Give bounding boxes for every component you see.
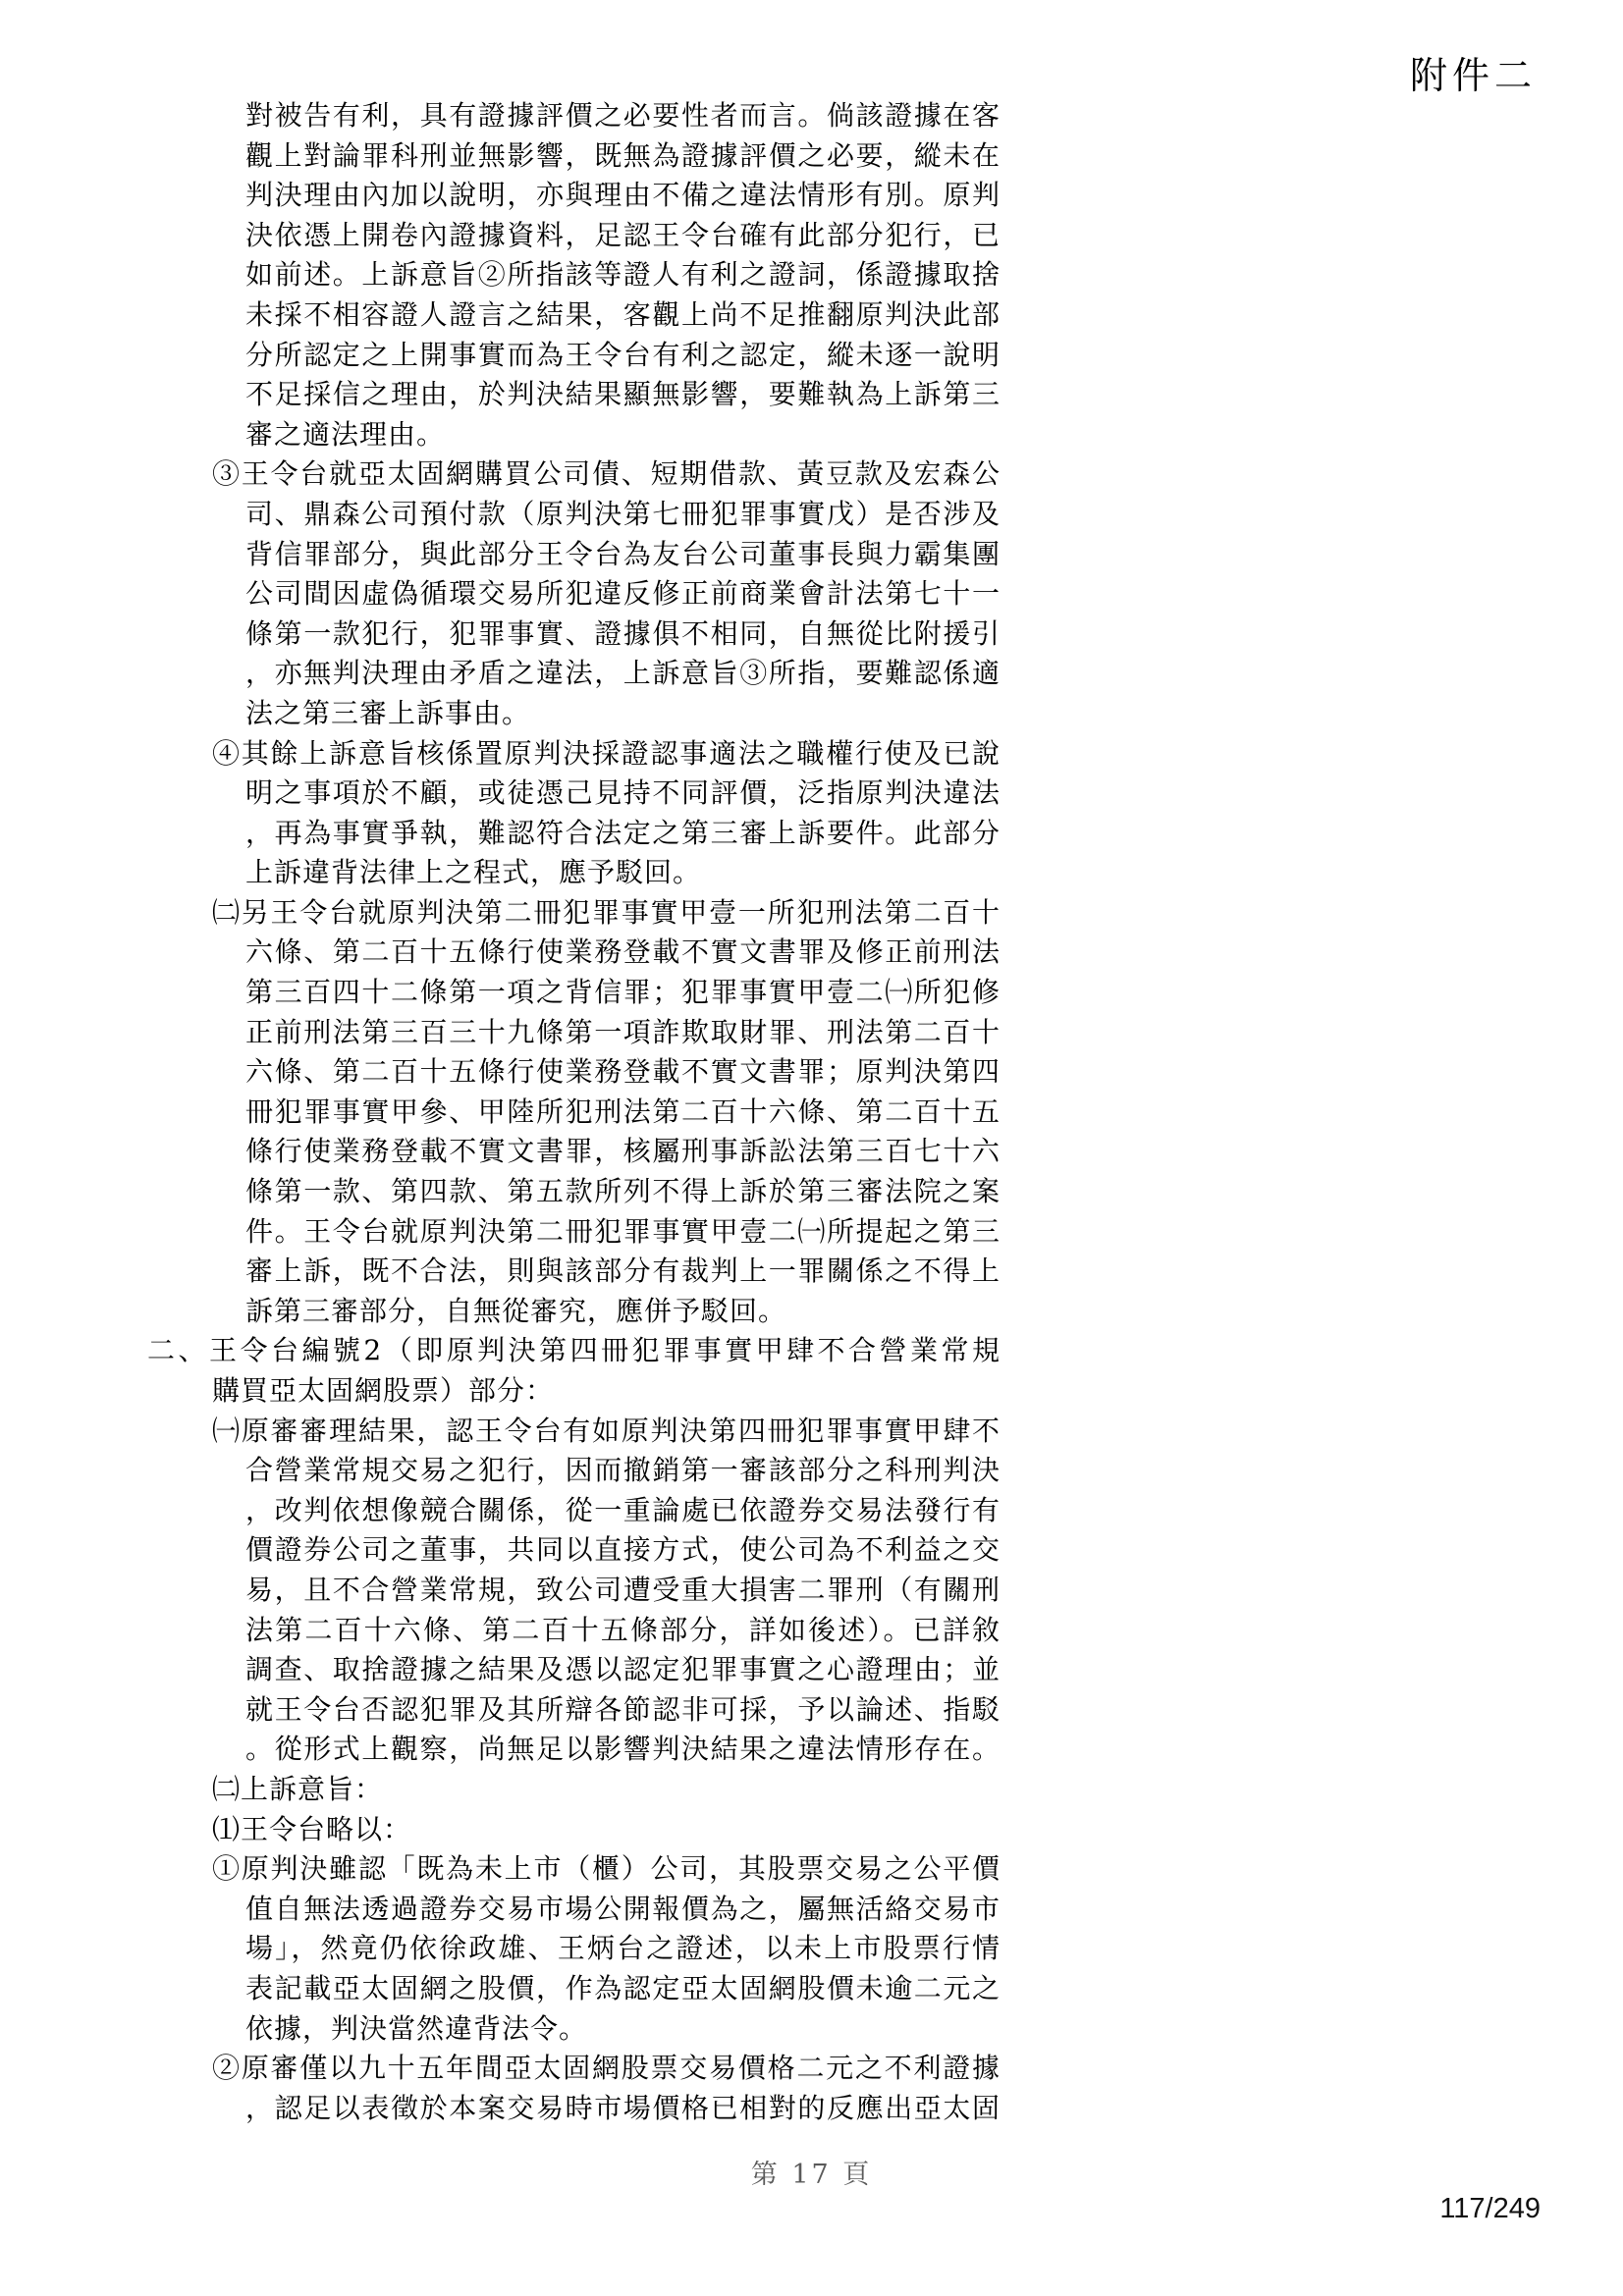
text-line: ②原審僅以九十五年間亞太固網股票交易價格二元之不利證據 (147, 2049, 1000, 2089)
text-line: ㈡另王令台就原判決第二冊犯罪事實甲壹一所犯刑法第二百十 (147, 893, 1000, 934)
text-line: 價證券公司之董事，共同以直接方式，使公司為不利益之交 (147, 1530, 1000, 1571)
text-line: 審上訴，既不合法，則與該部分有裁判上一罪關係之不得上 (147, 1252, 1000, 1292)
text-line: 正前刑法第三百三十九條第一項詐欺取財罪、刑法第二百十 (147, 1013, 1000, 1053)
text-line: 條第一款、第四款、第五款所列不得上訴於第三審法院之案 (147, 1172, 1000, 1212)
text-line: 合營業常規交易之犯行，因而撤銷第一審該部分之科刑判決 (147, 1451, 1000, 1491)
text-line: 明之事項於不顧，或徒憑己見持不同評價，泛指原判決違法 (147, 774, 1000, 814)
text-line: 決依憑上開卷內證據資料，足認王令台確有此部分犯行，已 (147, 216, 1000, 256)
text-line: 就王令台否認犯罪及其所辯各節認非可採，予以論述、指駁 (147, 1690, 1000, 1731)
text-line: 對被告有利，具有證據評價之必要性者而言。倘該證據在客 (147, 96, 1000, 136)
text-line: 購買亞太固網股票）部分： (147, 1371, 1000, 1412)
text-line: ③王令台就亞太固網購買公司債、短期借款、黃豆款及宏森公 (147, 454, 1000, 495)
text-line: 條行使業務登載不實文書罪，核屬刑事訴訟法第三百七十六 (147, 1132, 1000, 1172)
text-line: 第三百四十二條第一項之背信罪；犯罪事實甲壹二㈠所犯修 (147, 973, 1000, 1013)
text-line: ㈠原審審理結果，認王令台有如原判決第四冊犯罪事實甲肆不 (147, 1412, 1000, 1452)
text-line: 法之第三審上訴事由。 (147, 694, 1000, 734)
text-line: 觀上對論罪科刑並無影響，既無為證據評價之必要，縱未在 (147, 136, 1000, 177)
text-line: ，認足以表徵於本案交易時市場價格已相對的反應出亞太固 (147, 2089, 1000, 2129)
text-line: 法第二百十六條、第二百十五條部分，詳如後述）。已詳敘 (147, 1611, 1000, 1651)
text-line: ，亦無判決理由矛盾之違法，上訴意旨③所指，要難認係適 (147, 654, 1000, 694)
text-line: 分所認定之上開事實而為王令台有利之認定，縱未逐一說明 (147, 336, 1000, 376)
document-lines: 對被告有利，具有證據評價之必要性者而言。倘該證據在客觀上對論罪科刑並無影響，既無… (147, 96, 1000, 2128)
text-line: 訴第三審部分，自無從審究，應併予駁回。 (147, 1292, 1000, 1332)
text-line: 如前述。上訴意旨②所指該等證人有利之證詞，係證據取捨 (147, 255, 1000, 295)
text-line: 表記載亞太固網之股價，作為認定亞太固網股價未逾二元之 (147, 1969, 1000, 2009)
text-line: 公司間因虛偽循環交易所犯違反修正前商業會計法第七十一 (147, 574, 1000, 614)
text-line: 不足採信之理由，於判決結果顯無影響，要難執為上訴第三 (147, 375, 1000, 415)
text-line: 。從形式上觀察，尚無足以影響判決結果之違法情形存在。 (147, 1730, 1000, 1770)
text-line: ，再為事實爭執，難認符合法定之第三審上訴要件。此部分 (147, 814, 1000, 854)
text-line: 值自無法透過證券交易市場公開報價為之，屬無活絡交易市 (147, 1890, 1000, 1930)
text-line: 未採不相容證人證言之結果，客觀上尚不足推翻原判決此部 (147, 295, 1000, 336)
text-line: 審之適法理由。 (147, 415, 1000, 455)
text-line: 上訴違背法律上之程式，應予駁回。 (147, 853, 1000, 893)
document-page: 附件二 對被告有利，具有證據評價之必要性者而言。倘該證據在客觀上對論罪科刑並無影… (0, 0, 1623, 2296)
text-line: 場」，然竟仍依徐政雄、王炳台之證述，以未上市股票行情 (147, 1929, 1000, 1969)
text-line: ④其餘上訴意旨核係置原判決採證認事適法之職權行使及已說 (147, 734, 1000, 774)
text-line: 司、鼎森公司預付款（原判決第七冊犯罪事實戊）是否涉及 (147, 495, 1000, 535)
text-line: 判決理由內加以說明，亦與理由不備之違法情形有別。原判 (147, 176, 1000, 216)
text-line: 二、王令台編號2（即原判決第四冊犯罪事實甲肆不合營業常規 (147, 1331, 1000, 1371)
text-line: 六條、第二百十五條行使業務登載不實文書罪；原判決第四 (147, 1052, 1000, 1093)
text-line: ①原判決雖認「既為未上市（櫃）公司，其股票交易之公平價 (147, 1849, 1000, 1890)
text-line: 冊犯罪事實甲參、甲陸所犯刑法第二百十六條、第二百十五 (147, 1093, 1000, 1133)
text-line: 條第一款犯行，犯罪事實、證據俱不相同，自無從比附援引 (147, 614, 1000, 655)
text-line: 調查、取捨證據之結果及憑以認定犯罪事實之心證理由；並 (147, 1650, 1000, 1690)
footer-page-label: 第 17 頁 (0, 2153, 1623, 2191)
text-line: 依據，判決當然違背法令。 (147, 2009, 1000, 2050)
text-line: ⑴王令台略以： (147, 1810, 1000, 1850)
attachment-label: 附件二 (1410, 45, 1537, 99)
text-line: 易，且不合營業常規，致公司遭受重大損害二罪刑（有關刑 (147, 1571, 1000, 1611)
text-line: 背信罪部分，與此部分王令台為友台公司董事長與力霸集團 (147, 535, 1000, 575)
text-line: ，改判依想像競合關係，從一重論處已依證券交易法發行有 (147, 1491, 1000, 1531)
text-line: 六條、第二百十五條行使業務登載不實文書罪及修正前刑法 (147, 933, 1000, 973)
text-line: ㈡上訴意旨： (147, 1770, 1000, 1810)
footer-pdf-page-indicator: 117/249 (1439, 2193, 1541, 2225)
text-line: 件。王令台就原判決第二冊犯罪事實甲壹二㈠所提起之第三 (147, 1212, 1000, 1253)
